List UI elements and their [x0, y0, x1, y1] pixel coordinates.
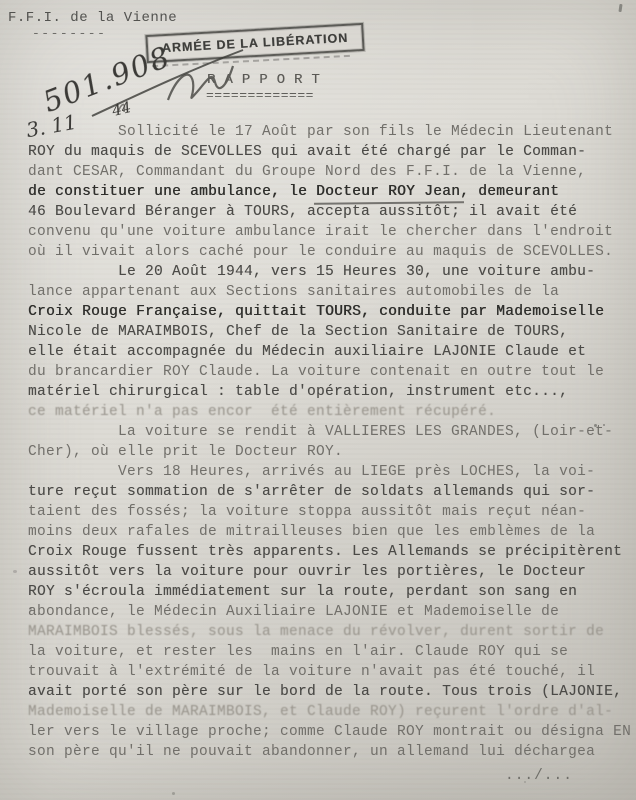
org-underline: -------- — [32, 26, 106, 41]
body-line: Mademoiselle de MARAIMBOIS, et Claude RO… — [28, 702, 628, 722]
body-line: trouvait à l'extrémité de la voiture n'a… — [28, 662, 628, 682]
body-line: son père qu'il ne pouvait abandonner, un… — [28, 742, 628, 762]
body-line: Vers 18 Heures, arrivés au LIEGE près LO… — [28, 462, 628, 482]
scan-artifact — [524, 781, 526, 783]
stamp-text: ARMÉE DE LA LIBÉRATION — [161, 31, 348, 55]
body-line: avait porté son père sur le bord de la r… — [28, 682, 628, 702]
scan-artifact — [603, 424, 605, 426]
body-line: Le 20 Août 1944, vers 15 Heures 30, une … — [28, 262, 628, 282]
body-line: Cher), où elle prit le Docteur ROY. — [28, 442, 628, 462]
page-continuation-mark: .../... — [505, 768, 573, 784]
body-line: du brancardier ROY Claude. La voiture co… — [28, 362, 628, 382]
body-line: ce matériel n'a pas encor été entièremen… — [28, 402, 628, 422]
scanned-report-page: F.F.I. de la Vienne -------- ARMÉE DE LA… — [0, 0, 636, 800]
body-line: aussitôt vers la voiture pour ouvrir les… — [28, 562, 628, 582]
body-line: Nicole de MARAIMBOIS, Chef de la Section… — [28, 322, 628, 342]
body-line: dant CESAR, Commandant du Groupe Nord de… — [28, 162, 628, 182]
report-title-underline: ============= — [206, 88, 314, 103]
handwritten-date-year: 44 — [110, 98, 133, 120]
body-line: 46 Boulevard Béranger à TOURS, accepta a… — [28, 202, 628, 222]
body-line: MARAIMBOIS blessés, sous la menace du ré… — [28, 622, 628, 642]
body-line: où il vivait alors caché pour le conduir… — [28, 242, 628, 262]
scan-artifact — [594, 424, 597, 427]
report-title: RAPPORT — [207, 72, 329, 88]
body-line: ROY du maquis de SCEVOLLES qui avait été… — [28, 142, 628, 162]
body-line: convenu qu'une voiture ambulance irait l… — [28, 222, 628, 242]
body-line: ROY s'écroula immédiatement sur la route… — [28, 582, 628, 602]
scan-artifact — [29, 607, 32, 611]
body-line: lance appartenant aux Sections sanitaire… — [28, 282, 628, 302]
body-line: matériel chirurgical : table d'opération… — [28, 382, 628, 402]
scan-artifact — [13, 570, 17, 573]
body-line: abondance, le Médecin Auxiliaire LAJONIE… — [28, 602, 628, 622]
scan-artifact — [172, 792, 175, 795]
handwritten-reference-number: 501.908 — [38, 39, 175, 119]
body-line: taient des fossés; la voiture stoppa aus… — [28, 502, 628, 522]
body-line: la voiture, et rester les mains en l'air… — [28, 642, 628, 662]
body-line: ler vers le village proche; comme Claude… — [28, 722, 628, 742]
body-line: ture reçut sommation de s'arrêter de sol… — [28, 482, 628, 502]
body-line: Croix Rouge Française, quittait TOURS, c… — [28, 302, 628, 322]
body-line: La voiture se rendit à VALLIERES LES GRA… — [28, 422, 628, 442]
body-line: elle était accompagnée du Médecin auxili… — [28, 342, 628, 362]
body-line: moins deux rafales de mitrailleuses bien… — [28, 522, 628, 542]
scan-artifact — [618, 4, 622, 12]
body-line: Sollicité le 17 Août par son fils le Méd… — [28, 122, 628, 142]
body-line: Croix Rouge fussent très apparents. Les … — [28, 542, 628, 562]
report-body: Sollicité le 17 Août par son fils le Méd… — [28, 122, 628, 762]
org-title: F.F.I. de la Vienne — [8, 10, 177, 26]
